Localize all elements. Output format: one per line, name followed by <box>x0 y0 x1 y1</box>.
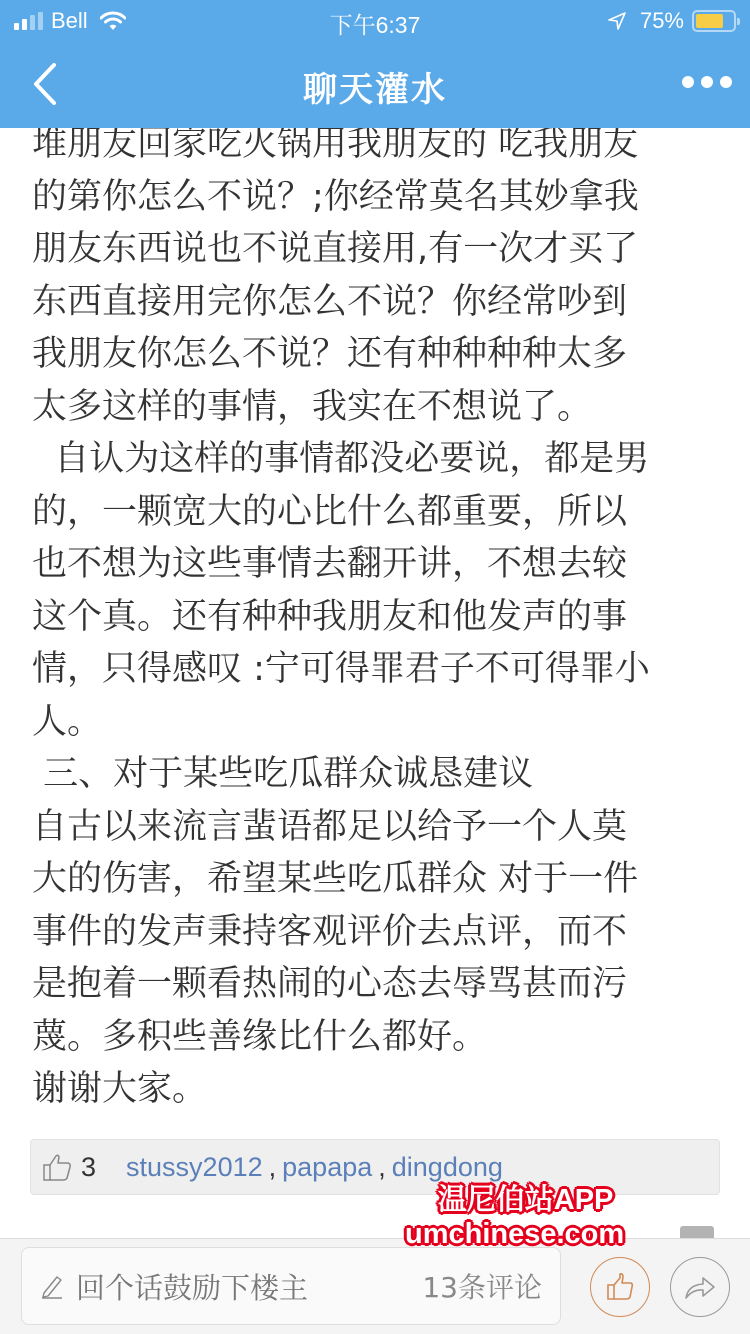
post-line: 的，一颗宽大的心比什么都重要，所以 <box>32 486 722 539</box>
location-arrow-icon <box>608 12 626 30</box>
dot <box>682 76 694 88</box>
post-line: 我朋友你怎么不说？还有种种种种太多 <box>32 328 722 381</box>
status-right: 75% <box>608 8 736 34</box>
post-line: 蔑。多积些善缘比什么都好。 <box>32 1011 722 1064</box>
watermark-line-1: 温尼伯站APP <box>405 1183 624 1217</box>
dot <box>701 76 713 88</box>
post-line: 太多这样的事情，我实在不想说了。 <box>32 381 722 434</box>
post-line: 东西直接用完你怎么不说？你经常吵到 <box>32 276 722 329</box>
more-options-button[interactable] <box>682 76 732 88</box>
post-line: 朋友东西说也不说直接用,有一次才买了 <box>32 223 722 276</box>
status-bar: Bell 下午6:37 75% <box>0 0 750 40</box>
thumbs-up-icon <box>604 1271 636 1303</box>
reply-input[interactable]: 回个话鼓励下楼主 13条评论 <box>21 1247 561 1325</box>
scroll-to-top-handle[interactable] <box>680 1226 714 1238</box>
post-line: 谢谢大家。 <box>32 1063 722 1116</box>
share-arrow-icon <box>683 1272 717 1302</box>
post-line: 自古以来流言蜚语都足以给予一个人莫 <box>32 801 722 854</box>
post-line: 是抱着一颗看热闹的心态去辱骂甚而污 <box>32 958 722 1011</box>
comment-count[interactable]: 13条评论 <box>422 1266 542 1306</box>
page-title: 聊天灌水 <box>0 62 750 111</box>
post-line: 大的伤害，希望某些吃瓜群众 对于一件 <box>32 853 722 906</box>
post-line: 这个真。还有种种我朋友和他发声的事 <box>32 591 722 644</box>
dot <box>720 76 732 88</box>
pencil-icon <box>40 1273 66 1299</box>
post-line: 自认为这样的事情都没必要说，都是男 <box>32 433 722 486</box>
battery-percent: 75% <box>640 8 684 34</box>
nav-bar: 聊天灌水 <box>0 40 750 128</box>
liker-link[interactable]: stussy2012 <box>126 1152 263 1183</box>
post-line: 的第你怎么不说？;你经常莫名其妙拿我 <box>32 171 722 224</box>
liker-link[interactable]: dingdong <box>392 1152 503 1183</box>
section-heading: 三、对于某些吃瓜群众诚恳建议 <box>32 748 722 801</box>
liker-link[interactable]: papapa <box>282 1152 372 1183</box>
post-line: 情，只得感叹 :宁可得罪君子不可得罪小 <box>32 643 722 696</box>
bottom-action-bar: 回个话鼓励下楼主 13条评论 <box>0 1238 750 1334</box>
post-body: 堆朋友回家吃火锅用我朋友的 吃我朋友 的第你怎么不说？;你经常莫名其妙拿我 朋友… <box>32 118 722 1116</box>
battery-icon <box>692 10 736 32</box>
thumbs-up-outline-icon <box>41 1151 73 1183</box>
watermark: 温尼伯站APP umchinese.com <box>405 1183 624 1251</box>
separator: , <box>378 1152 386 1183</box>
post-line: 事件的发声秉持客观评价去点评，而不 <box>32 906 722 959</box>
like-button[interactable] <box>590 1257 650 1317</box>
watermark-line-2: umchinese.com <box>405 1217 624 1251</box>
app-header: Bell 下午6:37 75% 聊天灌水 <box>0 0 750 128</box>
reply-placeholder: 回个话鼓励下楼主 <box>76 1266 422 1307</box>
post-line: 人。 <box>32 696 722 749</box>
post-line: 也不想为这些事情去翻开讲，不想去较 <box>32 538 722 591</box>
share-button[interactable] <box>670 1257 730 1317</box>
likes-count: 3 <box>81 1152 96 1183</box>
separator: , <box>269 1152 277 1183</box>
